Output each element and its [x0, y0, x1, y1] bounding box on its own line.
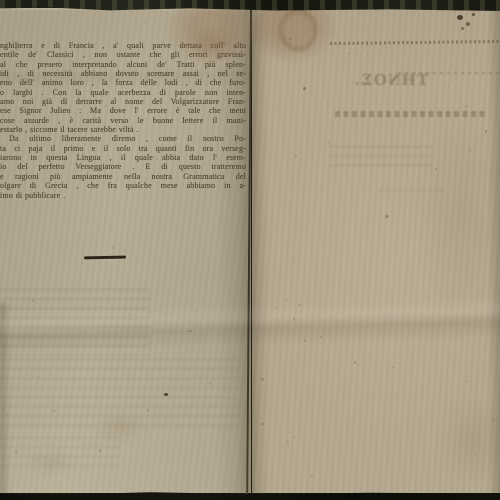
showthrough-title-mirrored: ΤΗΝΟΣ.: [350, 68, 432, 92]
showthrough-subtitle-mirrored: [335, 111, 488, 117]
showthrough-text-rows: [330, 142, 432, 168]
showthrough-text-rows: [0, 433, 120, 471]
page-edge-shadow: [0, 303, 10, 498]
text-line: e ragioni più ampiamente nella nostra Gr…: [0, 172, 246, 181]
text-line: iarono in questa Lingua , il quale abbia…: [0, 153, 246, 162]
text-line: idi , di necessità abbiano dovuto scemar…: [0, 69, 246, 78]
text-line: io del perfetto Verseggiatore . E di que…: [0, 162, 246, 171]
text-line: o larghi . Con la quale acerbezza di par…: [0, 88, 246, 97]
ink-spot: [466, 22, 470, 26]
text-line: al che presero interpretando alcuni de' …: [0, 60, 246, 69]
printed-text-block: nghilterra e di Francia , a' quali parve…: [0, 41, 246, 200]
text-line: ta ci paja il primo e il solo tra quanti…: [0, 144, 246, 153]
showthrough-zigzag-rule: [330, 40, 500, 45]
right-page: ΤΗΝΟΣ.: [252, 8, 500, 493]
text-line: imo di pubblicare .: [0, 191, 246, 200]
left-page: nghilterra e di Francia , a' quali parve…: [0, 8, 251, 493]
ink-spot: [472, 13, 475, 16]
ink-spot: [164, 393, 168, 396]
showthrough-text-rows: [0, 285, 150, 355]
text-line: estarlo , siccome il tacere sarebbe vilt…: [0, 125, 246, 134]
text-line: amo noi già di detrarre al nome del Volg…: [0, 97, 246, 106]
showthrough-text-rows: [0, 355, 240, 433]
ink-spot: [461, 27, 464, 30]
text-line: cose assurde , è carità verso le buone l…: [0, 116, 246, 125]
ink-spot: [457, 15, 463, 20]
text-line: nghilterra e di Francia , a' quali parve…: [0, 41, 246, 50]
ink-spot: [303, 87, 306, 90]
text-line: eno dell' animo loro , la forza delle lo…: [0, 78, 246, 87]
text-line: olgare di Grecia , che fra qualche mese …: [0, 181, 246, 190]
ink-spot: [385, 215, 389, 218]
book-scan: nghilterra e di Francia , a' quali parve…: [0, 0, 500, 500]
ink-dash-mark: [84, 256, 126, 259]
text-line-paragraph-start: Da ultimo liberamente diremo , come il n…: [0, 134, 246, 143]
showthrough-text-rows: [378, 186, 444, 196]
text-line: ese Signor Julien : Ma dove l' errore è …: [0, 106, 246, 115]
text-line: entile de' Classici , non ostante che gl…: [0, 50, 246, 59]
